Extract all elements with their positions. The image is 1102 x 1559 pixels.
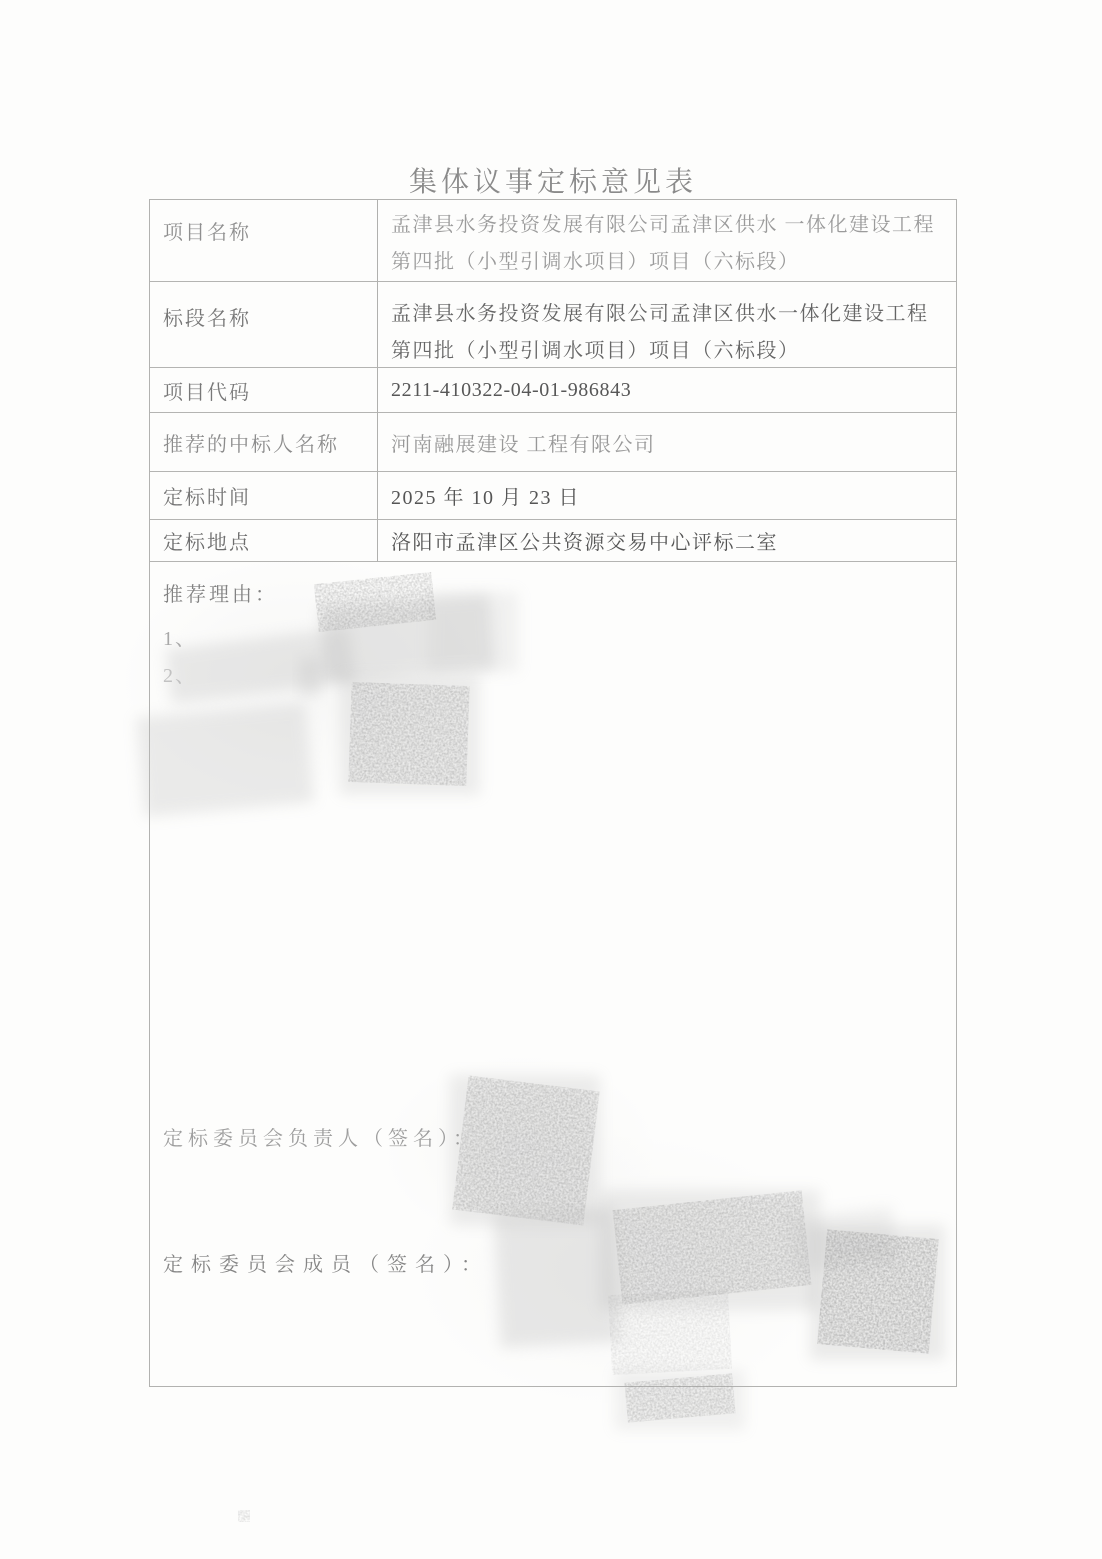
row-project-name-label: 项目名称 bbox=[150, 200, 378, 282]
page-title: 集体议事定标意见表 bbox=[149, 160, 957, 200]
reasons-and-signatures-cell: 推荐理由： 1、 2、 定标委员会负责人（签名）： 定标委员会成员（签名）： bbox=[150, 562, 956, 1386]
row-project-name-value: 孟津县水务投资发展有限公司孟津区供水 一体化建设工程 第四批（小型引调水项目）项… bbox=[378, 200, 956, 282]
reason-item-1: 1、 bbox=[163, 622, 197, 651]
form-table: 项目名称 孟津县水务投资发展有限公司孟津区供水 一体化建设工程 第四批（小型引调… bbox=[149, 199, 957, 1387]
row-award-place-value: 洛阳市孟津区公共资源交易中心评标二室 bbox=[378, 520, 956, 562]
project-name-line-2: 第四批（小型引调水项目）项目（六标段） bbox=[391, 244, 956, 281]
row-project-code-label: 项目代码 bbox=[150, 368, 378, 413]
row-project-code-value: 2211-410322-04-01-986843 bbox=[378, 368, 956, 413]
row-section-name-value: 孟津县水务投资发展有限公司孟津区供水一体化建设工程 第四批（小型引调水项目）项目… bbox=[378, 282, 956, 368]
row-winner-value: 河南融展建设 工程有限公司 bbox=[378, 413, 956, 472]
signature-leader-label: 定标委员会负责人（签名）： bbox=[163, 1122, 478, 1151]
row-winner-label: 推荐的中标人名称 bbox=[150, 413, 378, 472]
row-award-place-label: 定标地点 bbox=[150, 520, 378, 562]
stray-pencil-mark bbox=[238, 1510, 250, 1522]
section-name-line-2: 第四批（小型引调水项目）项目（六标段） bbox=[391, 333, 956, 370]
reason-item-2: 2、 bbox=[163, 659, 197, 688]
scanned-document-page: { "page": { "title": "集体议事定标意见表" }, "for… bbox=[0, 0, 1102, 1559]
project-name-line-1: 孟津县水务投资发展有限公司孟津区供水 一体化建设工程 bbox=[391, 207, 956, 244]
signature-members-label: 定标委员会成员（签名）： bbox=[163, 1248, 489, 1277]
reasons-label: 推荐理由： bbox=[163, 578, 278, 607]
row-section-name-label: 标段名称 bbox=[150, 282, 378, 368]
row-award-time-label: 定标时间 bbox=[150, 472, 378, 520]
section-name-line-1: 孟津县水务投资发展有限公司孟津区供水一体化建设工程 bbox=[391, 296, 956, 333]
row-award-time-value: 2025 年 10 月 23 日 bbox=[378, 472, 956, 520]
